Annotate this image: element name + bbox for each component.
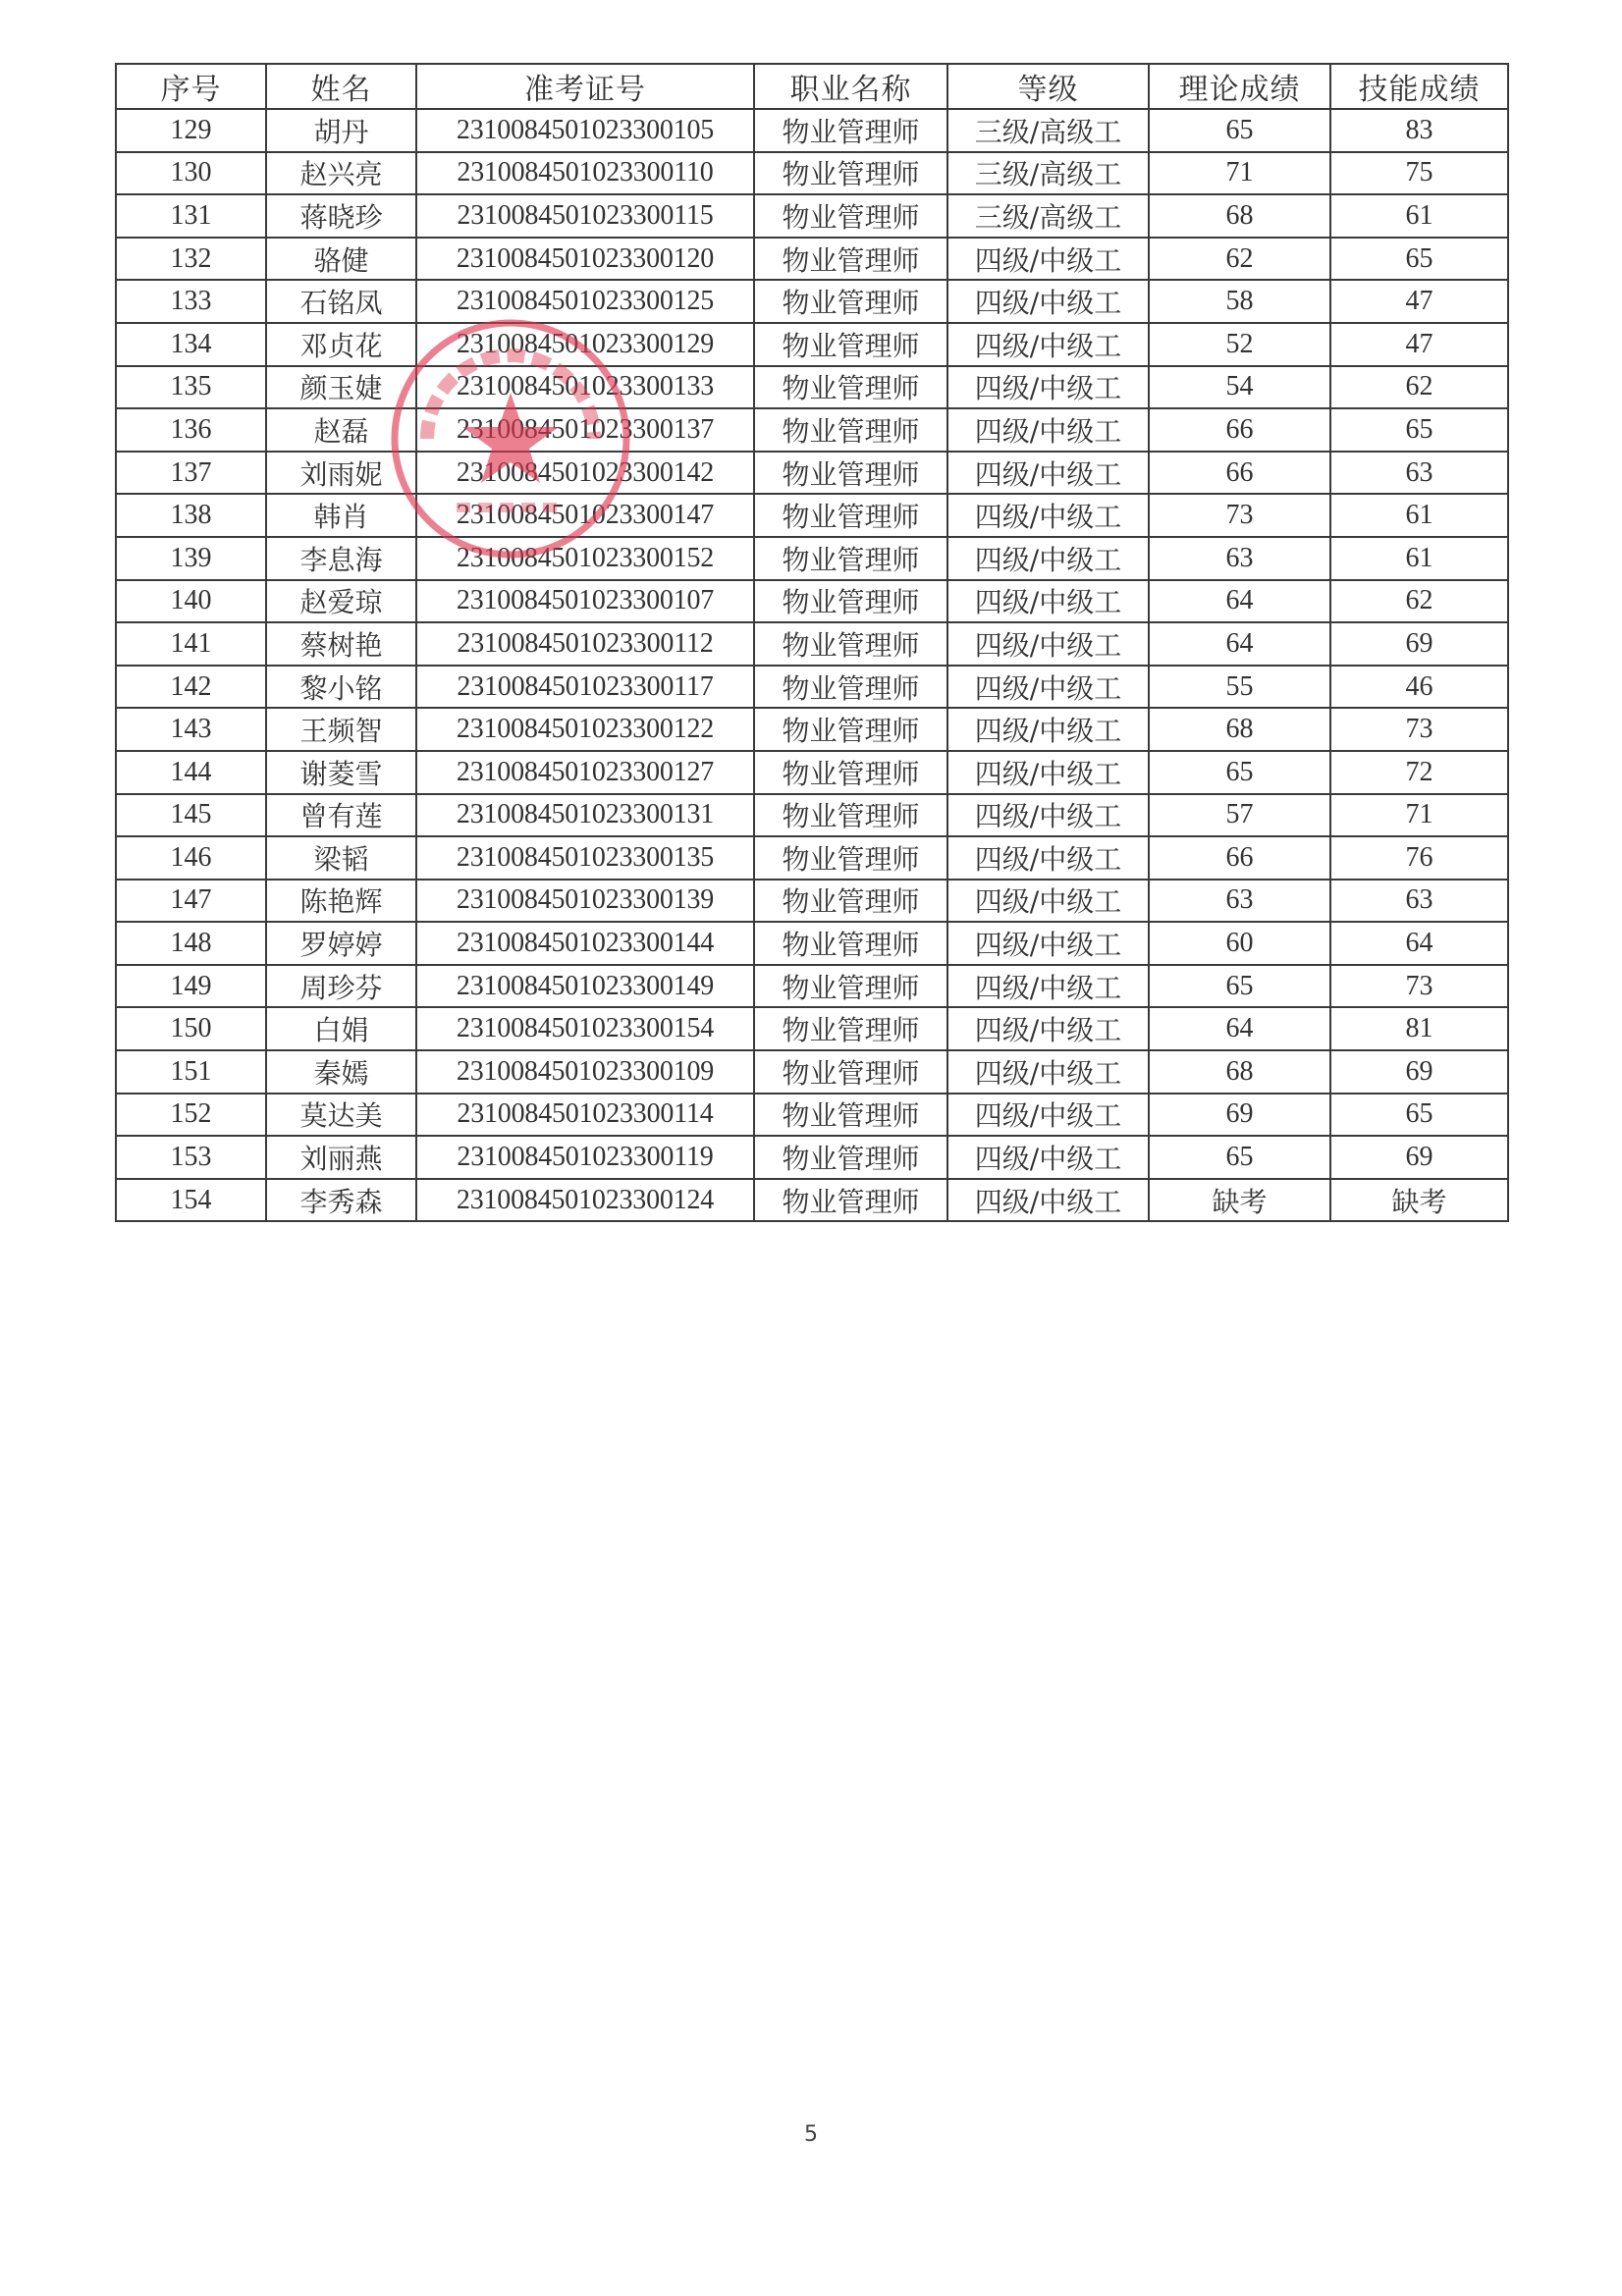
admission-ticket-cell: 2310084501023300149 [416, 965, 754, 1008]
name-cell: 罗婷婷 [266, 922, 416, 965]
level-cell: 四级/中级工 [947, 366, 1149, 409]
occupation-cell: 物业管理师 [754, 880, 947, 923]
serial-number-cell: 132 [116, 238, 266, 281]
level-cell: 四级/中级工 [947, 494, 1149, 537]
table-row: 147陈艳辉2310084501023300139物业管理师四级/中级工6363 [116, 880, 1508, 923]
serial-number-cell: 142 [116, 666, 266, 709]
occupation-cell: 物业管理师 [754, 622, 947, 666]
occupation-cell: 物业管理师 [754, 580, 947, 623]
level-cell: 四级/中级工 [947, 836, 1149, 880]
name-cell: 蔡树艳 [266, 622, 416, 666]
occupation-cell: 物业管理师 [754, 1179, 947, 1222]
serial-number-cell: 151 [116, 1050, 266, 1094]
name-cell: 陈艳辉 [266, 880, 416, 923]
name-cell: 刘雨妮 [266, 452, 416, 495]
theory-score-cell: 63 [1149, 880, 1330, 923]
occupation-cell: 物业管理师 [754, 708, 947, 751]
admission-ticket-cell: 2310084501023300135 [416, 836, 754, 880]
level-cell: 四级/中级工 [947, 537, 1149, 580]
serial-number-cell: 138 [116, 494, 266, 537]
table-row: 140赵爱琼2310084501023300107物业管理师四级/中级工6462 [116, 580, 1508, 623]
skill-score-cell: 64 [1330, 922, 1508, 965]
page-number: 5 [0, 2122, 1622, 2147]
table-row: 152莫达美2310084501023300114物业管理师四级/中级工6965 [116, 1094, 1508, 1137]
document-page: 序号 姓名 准考证号 职业名称 等级 理论成绩 技能成绩 129胡丹231008… [0, 0, 1622, 2296]
name-cell: 梁韬 [266, 836, 416, 880]
admission-ticket-cell: 2310084501023300152 [416, 537, 754, 580]
serial-number-cell: 135 [116, 366, 266, 409]
occupation-cell: 物业管理师 [754, 152, 947, 195]
name-cell: 韩肖 [266, 494, 416, 537]
level-cell: 四级/中级工 [947, 1136, 1149, 1179]
level-cell: 四级/中级工 [947, 238, 1149, 281]
skill-score-cell: 73 [1330, 965, 1508, 1008]
header-skill-score: 技能成绩 [1330, 64, 1508, 109]
occupation-cell: 物业管理师 [754, 109, 947, 152]
skill-score-cell: 76 [1330, 836, 1508, 880]
theory-score-cell: 66 [1149, 408, 1330, 452]
theory-score-cell: 68 [1149, 708, 1330, 751]
table-body: 129胡丹2310084501023300105物业管理师三级/高级工65831… [116, 109, 1508, 1221]
serial-number-cell: 149 [116, 965, 266, 1008]
occupation-cell: 物业管理师 [754, 1094, 947, 1137]
serial-number-cell: 130 [116, 152, 266, 195]
skill-score-cell: 63 [1330, 880, 1508, 923]
admission-ticket-cell: 2310084501023300133 [416, 366, 754, 409]
name-cell: 王频智 [266, 708, 416, 751]
serial-number-cell: 141 [116, 622, 266, 666]
table-row: 129胡丹2310084501023300105物业管理师三级/高级工6583 [116, 109, 1508, 152]
theory-score-cell: 69 [1149, 1094, 1330, 1137]
skill-score-cell: 47 [1330, 323, 1508, 366]
table-header-row: 序号 姓名 准考证号 职业名称 等级 理论成绩 技能成绩 [116, 64, 1508, 109]
table-row: 131蒋晓珍2310084501023300115物业管理师三级/高级工6861 [116, 194, 1508, 238]
admission-ticket-cell: 2310084501023300107 [416, 580, 754, 623]
skill-score-cell: 69 [1330, 1136, 1508, 1179]
occupation-cell: 物业管理师 [754, 452, 947, 495]
skill-score-cell: 62 [1330, 366, 1508, 409]
admission-ticket-cell: 2310084501023300115 [416, 194, 754, 238]
theory-score-cell: 64 [1149, 580, 1330, 623]
theory-score-cell: 66 [1149, 452, 1330, 495]
theory-score-cell: 62 [1149, 238, 1330, 281]
serial-number-cell: 145 [116, 794, 266, 837]
skill-score-cell: 71 [1330, 794, 1508, 837]
level-cell: 四级/中级工 [947, 323, 1149, 366]
occupation-cell: 物业管理师 [754, 1050, 947, 1094]
table-row: 151秦嫣2310084501023300109物业管理师四级/中级工6869 [116, 1050, 1508, 1094]
name-cell: 周珍芬 [266, 965, 416, 1008]
serial-number-cell: 137 [116, 452, 266, 495]
admission-ticket-cell: 2310084501023300129 [416, 323, 754, 366]
admission-ticket-cell: 2310084501023300127 [416, 751, 754, 794]
level-cell: 三级/高级工 [947, 194, 1149, 238]
level-cell: 四级/中级工 [947, 280, 1149, 323]
admission-ticket-cell: 2310084501023300112 [416, 622, 754, 666]
admission-ticket-cell: 2310084501023300114 [416, 1094, 754, 1137]
admission-ticket-cell: 2310084501023300137 [416, 408, 754, 452]
level-cell: 三级/高级工 [947, 109, 1149, 152]
skill-score-cell: 62 [1330, 580, 1508, 623]
theory-score-cell: 64 [1149, 622, 1330, 666]
occupation-cell: 物业管理师 [754, 323, 947, 366]
skill-score-cell: 65 [1330, 1094, 1508, 1137]
theory-score-cell: 65 [1149, 751, 1330, 794]
admission-ticket-cell: 2310084501023300142 [416, 452, 754, 495]
table-row: 133石铭凤2310084501023300125物业管理师四级/中级工5847 [116, 280, 1508, 323]
occupation-cell: 物业管理师 [754, 494, 947, 537]
name-cell: 曾有莲 [266, 794, 416, 837]
theory-score-cell: 68 [1149, 194, 1330, 238]
serial-number-cell: 131 [116, 194, 266, 238]
theory-score-cell: 60 [1149, 922, 1330, 965]
occupation-cell: 物业管理师 [754, 194, 947, 238]
skill-score-cell: 65 [1330, 408, 1508, 452]
admission-ticket-cell: 2310084501023300125 [416, 280, 754, 323]
name-cell: 胡丹 [266, 109, 416, 152]
occupation-cell: 物业管理师 [754, 922, 947, 965]
skill-score-cell: 69 [1330, 1050, 1508, 1094]
admission-ticket-cell: 2310084501023300119 [416, 1136, 754, 1179]
name-cell: 石铭凤 [266, 280, 416, 323]
level-cell: 四级/中级工 [947, 1007, 1149, 1050]
table-row: 139李息海2310084501023300152物业管理师四级/中级工6361 [116, 537, 1508, 580]
level-cell: 四级/中级工 [947, 708, 1149, 751]
level-cell: 四级/中级工 [947, 666, 1149, 709]
name-cell: 白娟 [266, 1007, 416, 1050]
table-row: 130赵兴亮2310084501023300110物业管理师三级/高级工7175 [116, 152, 1508, 195]
occupation-cell: 物业管理师 [754, 836, 947, 880]
theory-score-cell: 65 [1149, 965, 1330, 1008]
occupation-cell: 物业管理师 [754, 666, 947, 709]
table-row: 144谢菱雪2310084501023300127物业管理师四级/中级工6572 [116, 751, 1508, 794]
name-cell: 蒋晓珍 [266, 194, 416, 238]
theory-score-cell: 58 [1149, 280, 1330, 323]
admission-ticket-cell: 2310084501023300110 [416, 152, 754, 195]
level-cell: 四级/中级工 [947, 452, 1149, 495]
table-row: 142黎小铭2310084501023300117物业管理师四级/中级工5546 [116, 666, 1508, 709]
skill-score-cell: 65 [1330, 238, 1508, 281]
table-row: 146梁韬2310084501023300135物业管理师四级/中级工6676 [116, 836, 1508, 880]
serial-number-cell: 154 [116, 1179, 266, 1222]
occupation-cell: 物业管理师 [754, 280, 947, 323]
level-cell: 四级/中级工 [947, 408, 1149, 452]
name-cell: 骆健 [266, 238, 416, 281]
header-name: 姓名 [266, 64, 416, 109]
name-cell: 黎小铭 [266, 666, 416, 709]
admission-ticket-cell: 2310084501023300147 [416, 494, 754, 537]
serial-number-cell: 148 [116, 922, 266, 965]
name-cell: 颜玉婕 [266, 366, 416, 409]
theory-score-cell: 68 [1149, 1050, 1330, 1094]
name-cell: 李息海 [266, 537, 416, 580]
admission-ticket-cell: 2310084501023300139 [416, 880, 754, 923]
serial-number-cell: 152 [116, 1094, 266, 1137]
table-row: 150白娟2310084501023300154物业管理师四级/中级工6481 [116, 1007, 1508, 1050]
theory-score-cell: 71 [1149, 152, 1330, 195]
table-row: 135颜玉婕2310084501023300133物业管理师四级/中级工5462 [116, 366, 1508, 409]
skill-score-cell: 61 [1330, 494, 1508, 537]
table-row: 138韩肖2310084501023300147物业管理师四级/中级工7361 [116, 494, 1508, 537]
occupation-cell: 物业管理师 [754, 408, 947, 452]
name-cell: 秦嫣 [266, 1050, 416, 1094]
occupation-cell: 物业管理师 [754, 366, 947, 409]
skill-score-cell: 73 [1330, 708, 1508, 751]
level-cell: 四级/中级工 [947, 880, 1149, 923]
exam-results-table: 序号 姓名 准考证号 职业名称 等级 理论成绩 技能成绩 129胡丹231008… [115, 63, 1509, 1222]
skill-score-cell: 61 [1330, 194, 1508, 238]
level-cell: 三级/高级工 [947, 152, 1149, 195]
admission-ticket-cell: 2310084501023300122 [416, 708, 754, 751]
occupation-cell: 物业管理师 [754, 794, 947, 837]
level-cell: 四级/中级工 [947, 1179, 1149, 1222]
table-row: 148罗婷婷2310084501023300144物业管理师四级/中级工6064 [116, 922, 1508, 965]
serial-number-cell: 139 [116, 537, 266, 580]
admission-ticket-cell: 2310084501023300117 [416, 666, 754, 709]
header-admission-ticket: 准考证号 [416, 64, 754, 109]
table-row: 145曾有莲2310084501023300131物业管理师四级/中级工5771 [116, 794, 1508, 837]
header-theory-score: 理论成绩 [1149, 64, 1330, 109]
theory-score-cell: 65 [1149, 1136, 1330, 1179]
level-cell: 四级/中级工 [947, 1050, 1149, 1094]
serial-number-cell: 147 [116, 880, 266, 923]
serial-number-cell: 144 [116, 751, 266, 794]
occupation-cell: 物业管理师 [754, 751, 947, 794]
serial-number-cell: 140 [116, 580, 266, 623]
admission-ticket-cell: 2310084501023300124 [416, 1179, 754, 1222]
admission-ticket-cell: 2310084501023300154 [416, 1007, 754, 1050]
skill-score-cell: 72 [1330, 751, 1508, 794]
level-cell: 四级/中级工 [947, 794, 1149, 837]
table-row: 132骆健2310084501023300120物业管理师四级/中级工6265 [116, 238, 1508, 281]
skill-score-cell: 81 [1330, 1007, 1508, 1050]
name-cell: 李秀森 [266, 1179, 416, 1222]
occupation-cell: 物业管理师 [754, 238, 947, 281]
table-row: 136赵磊2310084501023300137物业管理师四级/中级工6665 [116, 408, 1508, 452]
skill-score-cell: 46 [1330, 666, 1508, 709]
serial-number-cell: 146 [116, 836, 266, 880]
serial-number-cell: 133 [116, 280, 266, 323]
theory-score-cell: 63 [1149, 537, 1330, 580]
admission-ticket-cell: 2310084501023300131 [416, 794, 754, 837]
header-serial-number: 序号 [116, 64, 266, 109]
table-row: 134邓贞花2310084501023300129物业管理师四级/中级工5247 [116, 323, 1508, 366]
skill-score-cell: 83 [1330, 109, 1508, 152]
occupation-cell: 物业管理师 [754, 965, 947, 1008]
admission-ticket-cell: 2310084501023300109 [416, 1050, 754, 1094]
occupation-cell: 物业管理师 [754, 1136, 947, 1179]
skill-score-cell: 75 [1330, 152, 1508, 195]
name-cell: 赵爱琼 [266, 580, 416, 623]
level-cell: 四级/中级工 [947, 580, 1149, 623]
serial-number-cell: 129 [116, 109, 266, 152]
serial-number-cell: 134 [116, 323, 266, 366]
skill-score-cell: 47 [1330, 280, 1508, 323]
serial-number-cell: 150 [116, 1007, 266, 1050]
name-cell: 赵磊 [266, 408, 416, 452]
skill-score-cell: 61 [1330, 537, 1508, 580]
admission-ticket-cell: 2310084501023300105 [416, 109, 754, 152]
theory-score-cell: 65 [1149, 109, 1330, 152]
table-row: 143王频智2310084501023300122物业管理师四级/中级工6873 [116, 708, 1508, 751]
theory-score-cell: 64 [1149, 1007, 1330, 1050]
theory-score-cell: 57 [1149, 794, 1330, 837]
skill-score-cell: 69 [1330, 622, 1508, 666]
skill-score-cell: 缺考 [1330, 1179, 1508, 1222]
table-row: 154李秀森2310084501023300124物业管理师四级/中级工缺考缺考 [116, 1179, 1508, 1222]
header-occupation: 职业名称 [754, 64, 947, 109]
header-level: 等级 [947, 64, 1149, 109]
theory-score-cell: 55 [1149, 666, 1330, 709]
admission-ticket-cell: 2310084501023300144 [416, 922, 754, 965]
theory-score-cell: 缺考 [1149, 1179, 1330, 1222]
occupation-cell: 物业管理师 [754, 1007, 947, 1050]
theory-score-cell: 73 [1149, 494, 1330, 537]
level-cell: 四级/中级工 [947, 965, 1149, 1008]
table-row: 137刘雨妮2310084501023300142物业管理师四级/中级工6663 [116, 452, 1508, 495]
level-cell: 四级/中级工 [947, 922, 1149, 965]
name-cell: 刘丽燕 [266, 1136, 416, 1179]
level-cell: 四级/中级工 [947, 751, 1149, 794]
table-row: 149周珍芬2310084501023300149物业管理师四级/中级工6573 [116, 965, 1508, 1008]
table-row: 153刘丽燕2310084501023300119物业管理师四级/中级工6569 [116, 1136, 1508, 1179]
skill-score-cell: 63 [1330, 452, 1508, 495]
name-cell: 谢菱雪 [266, 751, 416, 794]
name-cell: 莫达美 [266, 1094, 416, 1137]
name-cell: 邓贞花 [266, 323, 416, 366]
serial-number-cell: 153 [116, 1136, 266, 1179]
serial-number-cell: 136 [116, 408, 266, 452]
serial-number-cell: 143 [116, 708, 266, 751]
table-row: 141蔡树艳2310084501023300112物业管理师四级/中级工6469 [116, 622, 1508, 666]
theory-score-cell: 52 [1149, 323, 1330, 366]
occupation-cell: 物业管理师 [754, 537, 947, 580]
level-cell: 四级/中级工 [947, 1094, 1149, 1137]
level-cell: 四级/中级工 [947, 622, 1149, 666]
name-cell: 赵兴亮 [266, 152, 416, 195]
theory-score-cell: 54 [1149, 366, 1330, 409]
admission-ticket-cell: 2310084501023300120 [416, 238, 754, 281]
theory-score-cell: 66 [1149, 836, 1330, 880]
